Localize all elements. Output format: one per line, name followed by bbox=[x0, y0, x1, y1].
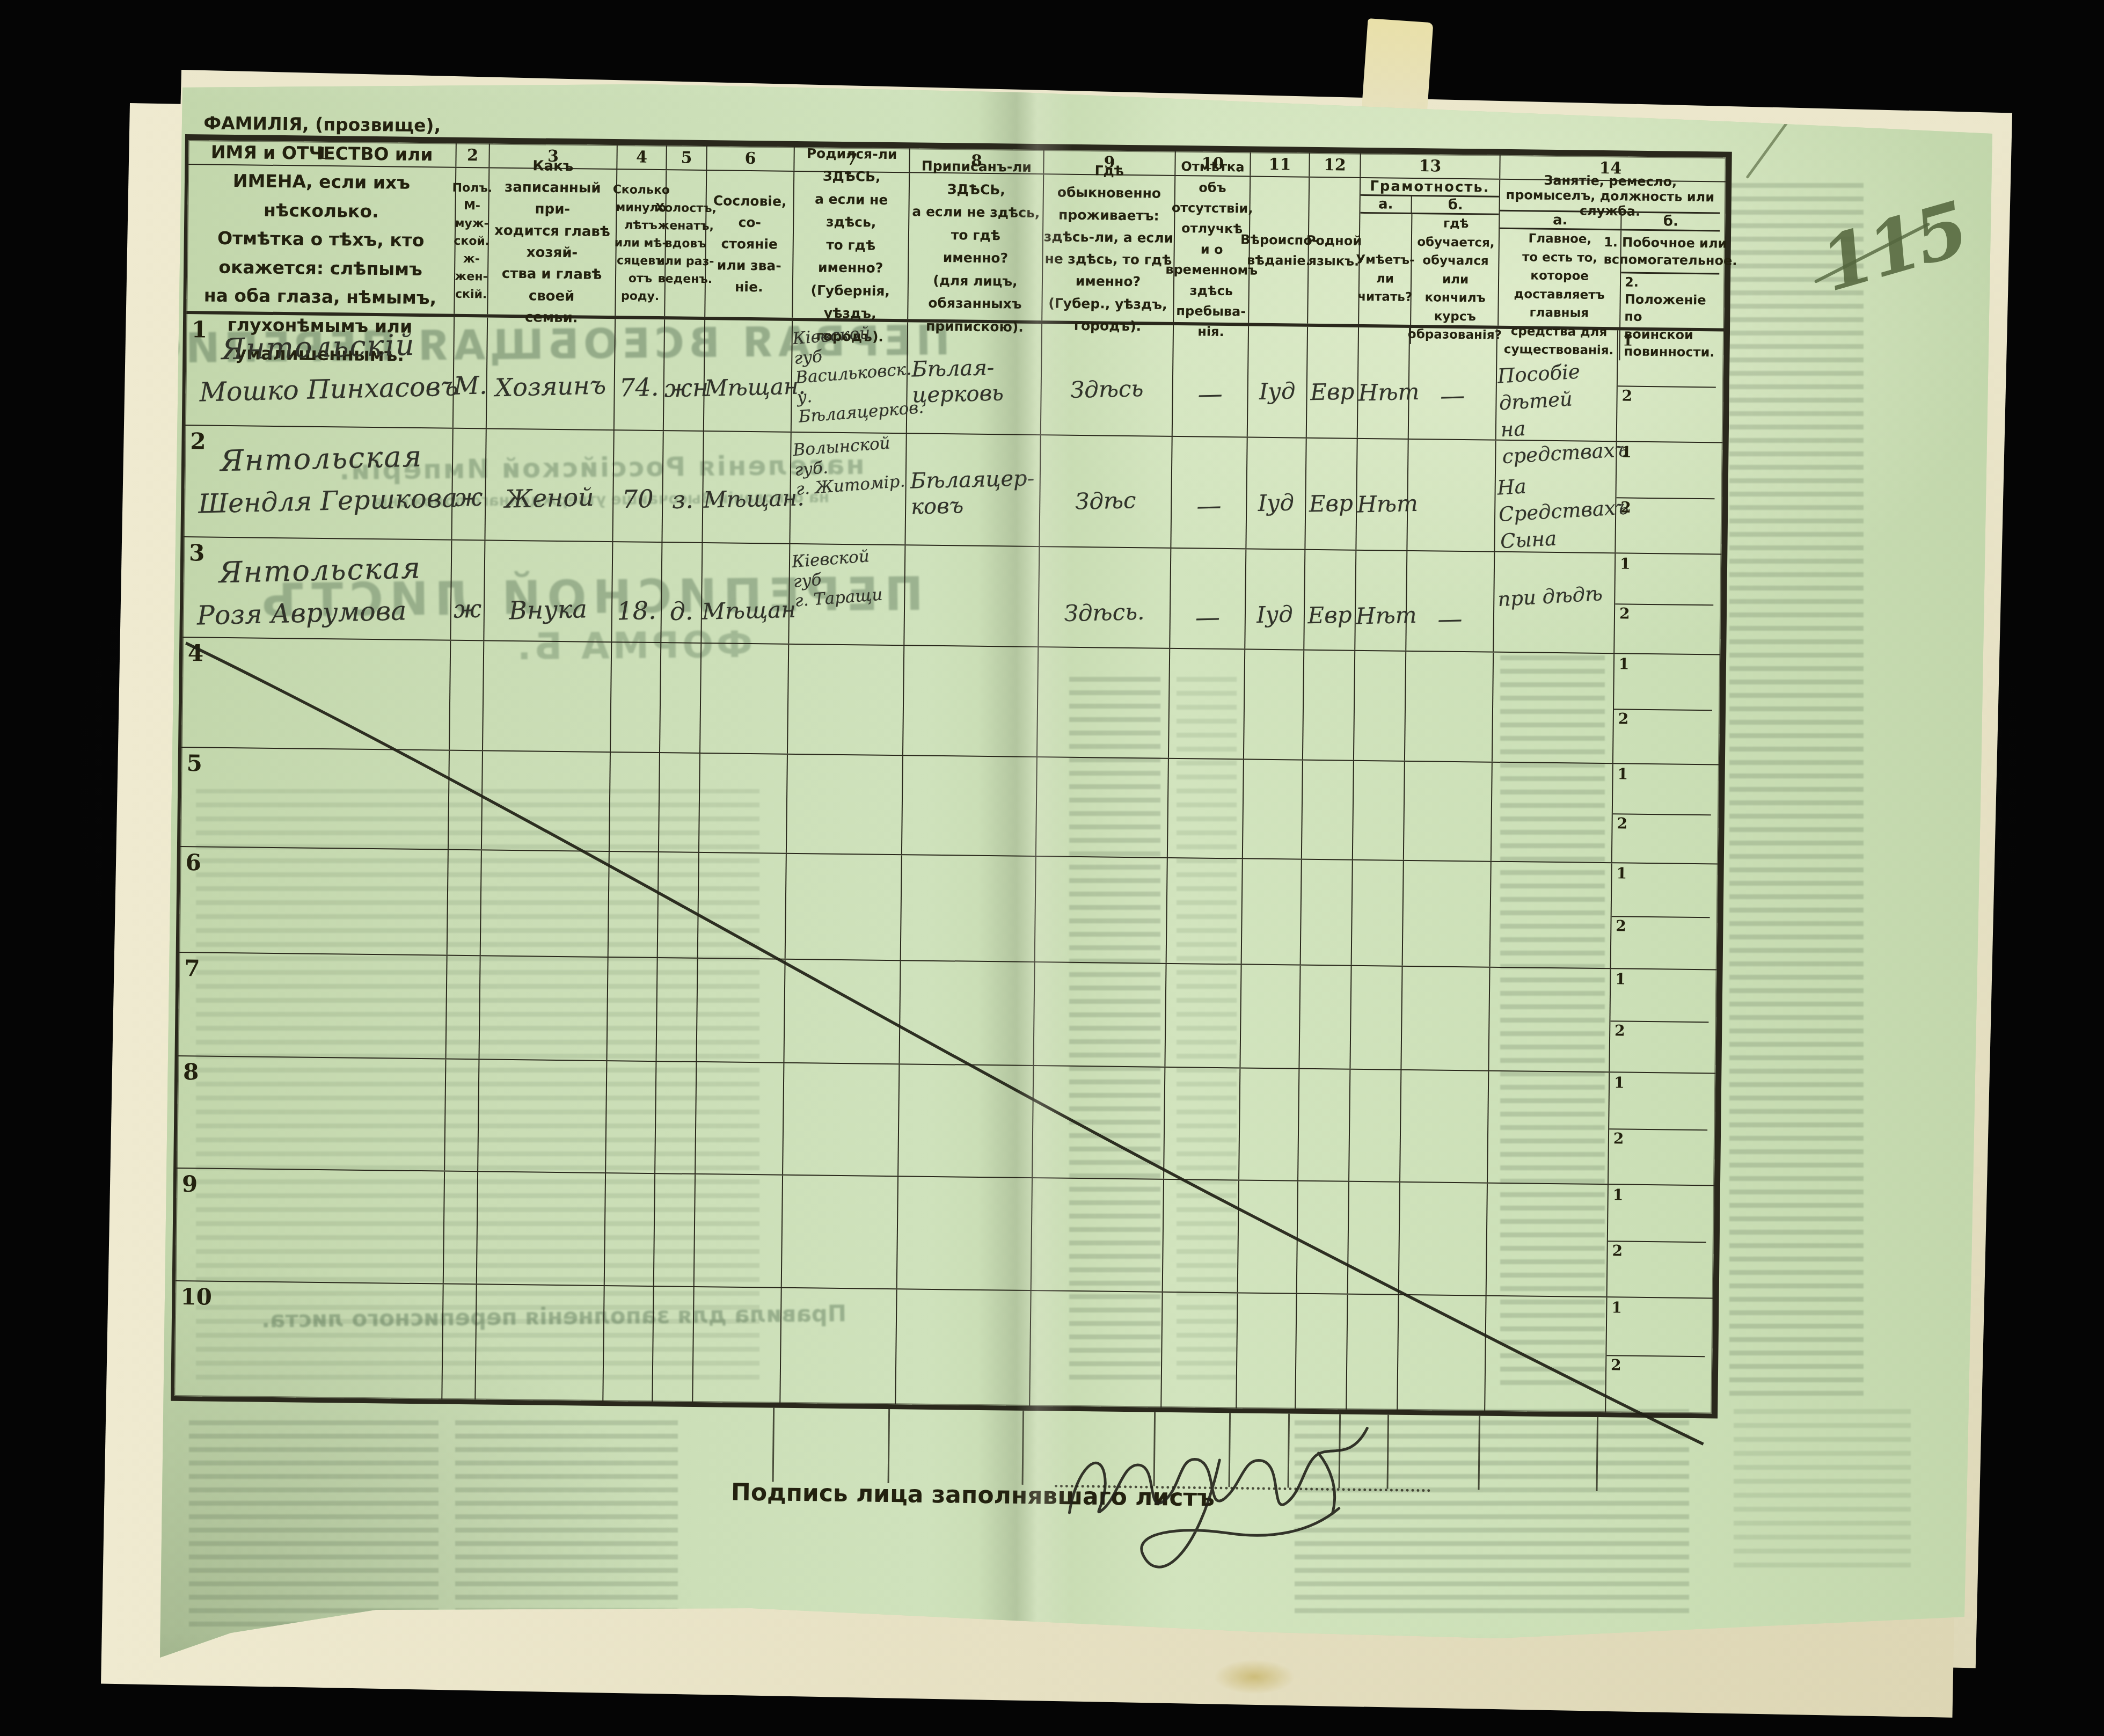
cell-c9 bbox=[1034, 962, 1166, 1067]
handwriting-occupation bbox=[1493, 995, 1610, 1002]
cell-c5: з. bbox=[662, 431, 704, 542]
column-number: 5 bbox=[667, 145, 707, 170]
table-row: 1012 bbox=[174, 1281, 1713, 1413]
cell-c14a bbox=[1493, 653, 1614, 763]
cell-c14a: На Средствахъ Сына bbox=[1495, 441, 1617, 553]
cell-c13a bbox=[1349, 1070, 1401, 1181]
handwriting-relation bbox=[477, 1338, 603, 1341]
column-number: 12 bbox=[1310, 153, 1361, 177]
cell-c14b-sub2: 2 bbox=[1611, 916, 1710, 969]
cell-c3 bbox=[483, 641, 612, 752]
handwriting-reads bbox=[1351, 1017, 1401, 1018]
handwriting-relation bbox=[480, 1009, 607, 1012]
handwriting-relation bbox=[478, 1225, 604, 1228]
handwriting-sex bbox=[443, 1338, 476, 1338]
handwriting-sex: ж bbox=[451, 594, 484, 623]
cell-c6 bbox=[697, 959, 785, 1062]
header-relation: Какъ записанный при- ходится главѣ хозяй… bbox=[488, 168, 617, 316]
sub-cell-number: 1 bbox=[1621, 443, 1632, 461]
cell-c2: ж bbox=[451, 541, 485, 640]
handwriting-estate bbox=[701, 697, 787, 699]
handwriting-residence: Здѣс bbox=[1040, 486, 1171, 516]
cell-c2 bbox=[450, 641, 484, 750]
handwriting-education bbox=[1399, 1347, 1485, 1350]
handwriting-education bbox=[1405, 814, 1491, 816]
handwriting-residence: Здѣсь. bbox=[1039, 598, 1170, 628]
cell-c13b bbox=[1398, 1295, 1486, 1411]
cell-c7 bbox=[784, 960, 901, 1063]
cell-c3: Женой bbox=[485, 429, 614, 541]
handwriting-relation: Женой bbox=[486, 482, 613, 514]
handwriting-estate bbox=[695, 1228, 781, 1230]
handwriting-sex bbox=[447, 1009, 479, 1010]
cell-c2 bbox=[444, 1172, 478, 1284]
cell-c13b: — bbox=[1409, 328, 1497, 440]
handwriting-marital bbox=[655, 1228, 694, 1229]
cell-c14a: при дѣдѣ bbox=[1494, 552, 1616, 653]
cell-c7 bbox=[780, 1288, 897, 1404]
handwriting-reads bbox=[1355, 702, 1405, 703]
handwriting-absence bbox=[1167, 911, 1241, 913]
sub-cell-number: 1 bbox=[1613, 1186, 1624, 1203]
handwriting-residence bbox=[1033, 1117, 1164, 1120]
cell-c7 bbox=[782, 1176, 898, 1288]
table-row: 412 bbox=[181, 638, 1720, 765]
handwriting-name: Мошко Пинхасовъ bbox=[199, 371, 453, 407]
cell-c13a: Нѣт bbox=[1356, 439, 1408, 550]
handwriting-reads bbox=[1348, 1346, 1398, 1347]
cell-c7 bbox=[788, 645, 904, 755]
cell-c11 bbox=[1244, 650, 1304, 759]
handwriting-ascription bbox=[902, 1208, 1031, 1212]
handwriting-absence bbox=[1163, 1346, 1237, 1347]
cell-c4 bbox=[606, 1061, 656, 1173]
sub-cell-number: 1 bbox=[1615, 970, 1626, 988]
cell-c12 bbox=[1299, 966, 1351, 1069]
handwriting-surname bbox=[213, 1069, 445, 1075]
handwriting-ascription bbox=[910, 577, 1039, 580]
handwriting-marital: жн bbox=[664, 373, 704, 403]
handwriting-occupation bbox=[1489, 1324, 1606, 1331]
handwriting-occupation bbox=[1492, 1099, 1609, 1106]
sub-cell-number: 1 bbox=[1617, 765, 1628, 783]
cell-c14b-sub1: 1 bbox=[1606, 1297, 1705, 1357]
cell-c12 bbox=[1303, 651, 1355, 760]
handwriting-residence bbox=[1031, 1342, 1161, 1345]
handwriting-education bbox=[1404, 913, 1490, 915]
cell-c7: Кіевской губ Васильковск. у. Бѣлаяцерков… bbox=[792, 321, 908, 433]
handwriting-religion bbox=[1241, 1016, 1299, 1018]
cell-c13b bbox=[1399, 1183, 1488, 1295]
cell-c14b: 12 bbox=[1616, 442, 1715, 553]
handwriting-sex bbox=[444, 1225, 477, 1226]
handwriting-reads bbox=[1349, 1233, 1399, 1234]
handwriting-relation bbox=[479, 1113, 605, 1116]
cell-c13a bbox=[1352, 860, 1404, 966]
handwriting-name bbox=[196, 650, 450, 656]
header-literacy-b: гдѣ обучается, обучался или кончилъ курс… bbox=[1411, 214, 1500, 345]
cell-c5 bbox=[658, 852, 699, 958]
header-sex: Полъ. М-муж- ской. ж-жен- скій. bbox=[455, 168, 490, 315]
sub-cell-number: 2 bbox=[1613, 1129, 1624, 1147]
cell-c1: 1ЯнтольскійМошко Пинхасовъ bbox=[185, 314, 455, 428]
handwriting-relation: Внука bbox=[484, 594, 611, 626]
cell-c3: Внука bbox=[484, 541, 613, 641]
sub-cell-number: 2 bbox=[1617, 814, 1627, 832]
cell-c5 bbox=[655, 1062, 697, 1173]
cell-c14b: 12 bbox=[1614, 553, 1714, 654]
header-birthplace: Родился-ли ЗДѢСЬ, а если не здѣсь, то гд… bbox=[793, 172, 910, 319]
handwriting-marital: з. bbox=[663, 485, 703, 515]
handwriting-reads: Нѣт bbox=[1357, 490, 1407, 517]
cell-c9 bbox=[1035, 857, 1168, 963]
cell-c14a bbox=[1492, 763, 1613, 863]
cell-c4 bbox=[610, 753, 660, 851]
cell-c3 bbox=[477, 1172, 606, 1285]
cell-c14b-sub2: 2 bbox=[1608, 1241, 1706, 1297]
cell-c1: 7 bbox=[178, 953, 448, 1059]
handwriting-marital bbox=[660, 807, 699, 808]
cell-c2 bbox=[447, 956, 481, 1059]
cell-c1: 6 bbox=[179, 847, 449, 955]
handwriting-reads bbox=[1354, 812, 1404, 813]
handwriting-language: Евр bbox=[1306, 490, 1356, 517]
cell-c5 bbox=[660, 643, 702, 753]
handwriting-marital bbox=[654, 1340, 693, 1341]
handwriting-occupation bbox=[1494, 889, 1611, 896]
handwriting-birth bbox=[793, 644, 903, 653]
cell-c10: — bbox=[1171, 437, 1247, 549]
handwriting-absence: — bbox=[1172, 490, 1246, 521]
handwriting-residence bbox=[1036, 908, 1166, 911]
header-absence: Отмѣтка объ отсутствіи, отлучкѣ и о врем… bbox=[1174, 176, 1251, 323]
cell-c2: М. bbox=[454, 317, 488, 428]
cell-c14b-sub2: 2 bbox=[1617, 385, 1716, 442]
cell-c10 bbox=[1161, 1293, 1238, 1409]
cell-c11: Іуд bbox=[1248, 326, 1308, 437]
ghost-text-block bbox=[455, 1412, 678, 1626]
cell-c14b-sub1: 1 bbox=[1614, 654, 1713, 711]
handwriting-occupation bbox=[1491, 1211, 1608, 1218]
handwriting-reads: Нѣт bbox=[1355, 602, 1406, 629]
cell-c4 bbox=[611, 643, 661, 752]
cell-c8 bbox=[897, 1177, 1033, 1290]
handwriting-estate bbox=[696, 1115, 783, 1118]
handwriting-religion: Іуд bbox=[1245, 601, 1304, 629]
header-religion: Вѣроиспо- вѣданіе. bbox=[1249, 177, 1310, 324]
handwriting-estate bbox=[698, 1012, 784, 1014]
handwriting-name bbox=[191, 1181, 444, 1187]
handwriting-language bbox=[1298, 1232, 1348, 1234]
cell-c3 bbox=[479, 956, 608, 1060]
column-number: 4 bbox=[617, 145, 667, 169]
cell-c9 bbox=[1032, 1178, 1164, 1292]
cell-c3 bbox=[482, 751, 611, 851]
cell-c10 bbox=[1165, 964, 1241, 1068]
cell-c10 bbox=[1169, 649, 1245, 759]
handwriting-relation bbox=[481, 903, 608, 907]
handwriting-surname: Янтольскій bbox=[221, 327, 454, 366]
table-row: 712 bbox=[178, 953, 1717, 1074]
handwriting-age bbox=[605, 1227, 654, 1228]
sub-cell-number: 2 bbox=[1612, 1242, 1623, 1259]
cell-c4: 74. bbox=[615, 319, 665, 430]
column-line-stub bbox=[1022, 1411, 1025, 1485]
cell-c14b-sub1: 1 bbox=[1618, 330, 1716, 388]
header-occupation-a-label: а. bbox=[1500, 211, 1621, 229]
cell-c12 bbox=[1301, 860, 1353, 965]
handwriting-residence bbox=[1037, 808, 1167, 812]
handwriting-age bbox=[610, 806, 659, 807]
column-number: 6 bbox=[707, 146, 794, 171]
cell-c4 bbox=[605, 1173, 655, 1286]
handwriting-language bbox=[1303, 812, 1353, 813]
header-literacy-title: Грамотность. bbox=[1361, 178, 1499, 198]
handwriting-age: 74. bbox=[615, 373, 663, 403]
header-literacy-a: Умѣетъ- ли читать? bbox=[1359, 214, 1413, 344]
cell-c13b: — bbox=[1406, 551, 1495, 652]
cell-c14b: 12 bbox=[1609, 1073, 1708, 1185]
cell-c6 bbox=[699, 754, 788, 853]
handwriting-sex bbox=[450, 694, 483, 695]
handwriting-religion bbox=[1239, 1232, 1297, 1234]
cell-c14b: 12 bbox=[1612, 764, 1712, 863]
handwriting-estate: Мѣщан. bbox=[703, 485, 790, 513]
cell-c8 bbox=[903, 646, 1039, 756]
cell-c14b-sub1: 1 bbox=[1610, 969, 1709, 1023]
handwriting-relation bbox=[483, 804, 609, 807]
cell-c14b-sub1: 1 bbox=[1608, 1185, 1707, 1243]
ghost-text-block bbox=[1734, 1406, 1911, 1567]
row-number: 2 bbox=[190, 428, 206, 454]
cell-c14b-sub2: 2 bbox=[1616, 497, 1714, 553]
handwriting-age: 70 bbox=[613, 484, 662, 514]
column-number: 13 bbox=[1361, 154, 1500, 179]
handwriting-language: Евр bbox=[1307, 378, 1357, 405]
cell-c11 bbox=[1242, 859, 1302, 964]
cell-c1: 4 bbox=[181, 638, 451, 750]
handwriting-marital: д. bbox=[661, 596, 701, 626]
cell-c13a bbox=[1354, 651, 1406, 761]
cell-c6 bbox=[693, 1287, 781, 1403]
handwriting-estate bbox=[699, 906, 785, 908]
sub-cell-number: 1 bbox=[1623, 331, 1633, 349]
handwriting-age bbox=[611, 696, 660, 697]
handwriting-sex bbox=[448, 903, 480, 904]
cell-c6: Мѣщан. bbox=[704, 320, 793, 432]
handwriting-birth bbox=[785, 1288, 896, 1296]
handwriting-language bbox=[1300, 1017, 1350, 1018]
cell-c13a bbox=[1350, 966, 1402, 1069]
cell-c13a bbox=[1347, 1295, 1399, 1410]
cell-c12 bbox=[1296, 1294, 1348, 1410]
handwriting-birth: Кіевской губ г. Таращи bbox=[791, 544, 907, 611]
cell-c1: 9 bbox=[176, 1169, 445, 1283]
cell-c14b-sub2: 2 bbox=[1612, 813, 1711, 864]
sub-cell-number: 1 bbox=[1619, 655, 1630, 673]
sub-cell-number: 2 bbox=[1621, 386, 1632, 404]
handwriting-sex bbox=[449, 804, 481, 805]
header-marital: Холостъ, женатъ, вдовъ или раз- веденъ. bbox=[665, 170, 707, 317]
cell-c8: Бѣлая- церковь bbox=[907, 322, 1042, 434]
handwriting-ascription bbox=[907, 787, 1036, 791]
handwriting-occupation: при дѣдѣ bbox=[1497, 580, 1615, 614]
handwriting-marital bbox=[659, 906, 698, 907]
handwriting-absence: — bbox=[1170, 602, 1245, 632]
handwriting-occupation: На Средствахъ Сына bbox=[1496, 468, 1617, 555]
handwriting-name bbox=[189, 1294, 443, 1300]
handwriting-religion: Іуд bbox=[1247, 489, 1305, 517]
cell-c14b: 12 bbox=[1608, 1185, 1707, 1297]
handwriting-age bbox=[609, 906, 657, 907]
cell-c10 bbox=[1163, 1180, 1239, 1293]
signature-flourish bbox=[1048, 1397, 1394, 1596]
handwriting-surname: Янтольская bbox=[218, 550, 451, 589]
cell-c2 bbox=[445, 1060, 479, 1171]
handwriting-occupation bbox=[1497, 680, 1613, 687]
cell-c7 bbox=[786, 854, 902, 960]
table-row: 2ЯнтольскаяШендля ГершковажЖеной70з.Мѣща… bbox=[184, 426, 1722, 555]
cell-c14a: Пособіе дѣтей на средствахъ bbox=[1496, 329, 1618, 441]
cell-c14a bbox=[1485, 1296, 1607, 1413]
sub-cell-number: 2 bbox=[1619, 604, 1630, 622]
handwriting-birth: Волынской губ. г. Житомір. bbox=[792, 432, 908, 499]
handwriting-religion bbox=[1238, 1345, 1296, 1346]
header-occupation-b1: 1. Побочное или вспомогательное. bbox=[1621, 230, 1720, 274]
cell-c2 bbox=[442, 1285, 477, 1400]
handwriting-reads bbox=[1353, 911, 1402, 913]
cell-c7: Кіевской губ г. Таращи bbox=[789, 544, 905, 645]
cell-c10: — bbox=[1173, 325, 1249, 437]
handwriting-name bbox=[193, 965, 446, 971]
cell-c4: 18. bbox=[612, 542, 662, 642]
cell-c5: жн bbox=[664, 319, 705, 431]
handwriting-absence bbox=[1164, 1233, 1238, 1235]
row-number: 1 bbox=[192, 316, 208, 342]
cell-c9: Здѣс bbox=[1040, 435, 1172, 548]
handwriting-birth bbox=[786, 1175, 897, 1184]
handwriting-language bbox=[1302, 911, 1351, 912]
cell-c10: — bbox=[1170, 549, 1246, 649]
header-ascription: Приписанъ-ли ЗДѢСЬ, а если не здѣсь, то … bbox=[908, 173, 1044, 320]
cell-c6: Мѣщан bbox=[702, 543, 790, 644]
handwriting-language bbox=[1299, 1120, 1349, 1121]
sub-cell-number: 1 bbox=[1616, 864, 1627, 882]
cell-c7 bbox=[787, 755, 903, 854]
table-row: 612 bbox=[179, 847, 1718, 970]
handwriting-surname bbox=[211, 1294, 443, 1300]
cell-c9: Здѣсь bbox=[1041, 324, 1174, 436]
cell-c14b: 12 bbox=[1606, 1297, 1705, 1413]
cell-c4 bbox=[609, 852, 659, 957]
handwriting-religion bbox=[1240, 1120, 1298, 1121]
handwriting-education: — bbox=[1406, 603, 1493, 634]
row-number: 3 bbox=[189, 539, 205, 566]
table-row: 912 bbox=[176, 1169, 1714, 1299]
handwriting-ascription bbox=[909, 677, 1038, 681]
census-sheet: ПЕРВАЯ ВСЕОБЩАЯ ПЕРЕПИСЬ населенія Россі… bbox=[0, 0, 2104, 1736]
handwriting-name bbox=[194, 859, 448, 865]
cell-c12 bbox=[1298, 1069, 1350, 1181]
cell-c6 bbox=[695, 1175, 783, 1287]
handwriting-absence: — bbox=[1173, 378, 1247, 409]
cell-c2 bbox=[449, 751, 483, 850]
handwriting-name: Шендля Гершкова bbox=[198, 483, 452, 519]
sub-cell-number: 1 bbox=[1614, 1074, 1625, 1091]
cell-c8 bbox=[896, 1289, 1031, 1406]
sub-cell-number: 2 bbox=[1616, 917, 1626, 935]
cell-c3 bbox=[476, 1285, 604, 1401]
cell-c5: д. bbox=[661, 543, 703, 643]
cell-c14b-sub2: 2 bbox=[1613, 709, 1712, 764]
cell-c6 bbox=[696, 1062, 784, 1175]
handwriting-estate bbox=[700, 807, 786, 809]
header-literacy-b-label: б. bbox=[1412, 196, 1499, 214]
handwriting-surname bbox=[218, 651, 450, 656]
header-language: Родной языкъ. bbox=[1308, 178, 1361, 324]
column-number: 11 bbox=[1251, 152, 1310, 177]
column-line-stub bbox=[888, 1409, 890, 1483]
cell-c12 bbox=[1302, 761, 1354, 859]
header-estate: Сословіе, со- стояніе или зва- ніе. bbox=[705, 171, 794, 318]
cell-c14b: 12 bbox=[1613, 654, 1713, 764]
cell-c1: 8 bbox=[177, 1056, 446, 1171]
column-number: 2 bbox=[456, 143, 490, 167]
cell-c3 bbox=[478, 1060, 607, 1172]
handwriting-occupation bbox=[1495, 790, 1612, 797]
cell-c8 bbox=[900, 961, 1035, 1065]
handwriting-residence bbox=[1032, 1229, 1163, 1232]
cell-c12: Евр bbox=[1304, 550, 1356, 650]
cell-c14a bbox=[1489, 968, 1611, 1072]
cell-c13b bbox=[1401, 967, 1490, 1070]
row-number: 9 bbox=[182, 1171, 198, 1197]
cell-c10 bbox=[1167, 858, 1243, 964]
table-row: 512 bbox=[180, 748, 1719, 864]
handwriting-ascription bbox=[905, 993, 1034, 996]
handwriting-age bbox=[604, 1339, 653, 1340]
handwriting-birth bbox=[790, 854, 901, 862]
handwriting-name bbox=[192, 1069, 445, 1075]
handwriting-sex bbox=[445, 1113, 478, 1113]
handwriting-surname: Янтольская bbox=[220, 439, 452, 478]
handwriting-language: Евр bbox=[1304, 601, 1355, 629]
handwriting-religion: Іуд bbox=[1248, 377, 1306, 405]
photo-stage: ПЕРВАЯ ВСЕОБЩАЯ ПЕРЕПИСЬ населенія Россі… bbox=[0, 0, 2104, 1736]
table-row: 3ЯнтольскаяРозя АврумоважВнука18.д.Мѣщан… bbox=[182, 537, 1721, 655]
cell-c3: Хозяинъ bbox=[487, 317, 616, 429]
cell-c6 bbox=[700, 644, 789, 754]
cell-c14a bbox=[1488, 1071, 1610, 1184]
handwriting-absence bbox=[1166, 1017, 1240, 1019]
cell-c11 bbox=[1238, 1180, 1298, 1293]
sub-cell-number: 2 bbox=[1618, 710, 1629, 727]
row-number: 4 bbox=[188, 640, 204, 666]
handwriting-estate: Мѣщан. bbox=[704, 373, 791, 402]
handwriting-language bbox=[1304, 702, 1354, 703]
cell-c7: Волынской губ. г. Житомір. bbox=[790, 433, 907, 544]
sub-cell-number: 2 bbox=[1614, 1022, 1625, 1039]
handwriting-surname bbox=[216, 860, 448, 865]
header-occupation: Занятіе, ремесло, промыселъ, должность и… bbox=[1499, 180, 1720, 329]
handwriting-relation: Хозяинъ bbox=[487, 370, 614, 403]
handwriting-absence bbox=[1168, 812, 1243, 814]
ghost-text-block bbox=[1729, 183, 1864, 1396]
cell-c11: Іуд bbox=[1245, 549, 1305, 649]
cell-c4 bbox=[607, 958, 657, 1061]
stain bbox=[1214, 1660, 1295, 1694]
handwriting-education bbox=[1408, 492, 1495, 494]
